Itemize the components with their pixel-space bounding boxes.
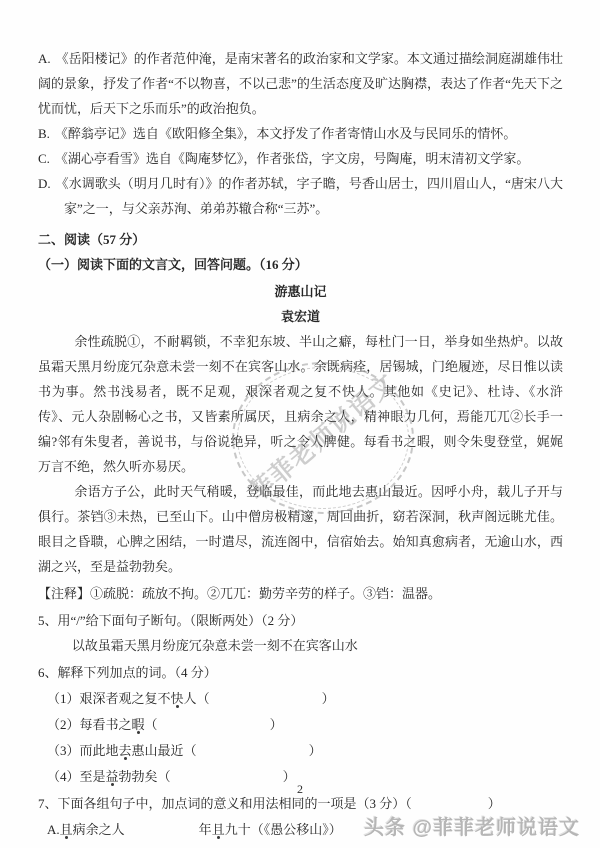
passage-title: 游惠山记 xyxy=(38,279,563,304)
option-c: C.《湖心亭看雪》选自《陶庵梦忆》，作者张岱，字文房，号陶庵，明末清初文学家。 xyxy=(38,146,563,171)
dotted-char: 暇 xyxy=(132,717,145,732)
option-c-text: 《湖心亭看雪》选自《陶庵梦忆》，作者张岱，字文房，号陶庵，明末清初文学家。 xyxy=(55,151,530,166)
passage-paragraph-2: 余语方子公，此时天气稍暖，登临最佳，而此地去惠山最近。因呼小舟，载儿子开与俱行。… xyxy=(38,479,563,579)
option-d-label: D. xyxy=(38,176,51,191)
reading-instruction: （一）阅读下面的文言文，回答问题。（16 分） xyxy=(38,252,563,277)
exam-page: A.《岳阳楼记》的作者范仲淹，是南宋著名的政治家和文学家。本文通过描绘洞庭湖雄伟… xyxy=(0,0,600,848)
page-number: 2 xyxy=(0,777,600,802)
item-number: （1） xyxy=(47,691,80,706)
option-b-label: B. xyxy=(38,126,50,141)
passage-paragraph-1: 余性疏脱①，不耐羁锁，不幸犯东坡、半山之癖，每杜门一日，举身如坐热炉。以故虽霜天… xyxy=(38,329,563,479)
dotted-char: 快 xyxy=(171,691,184,706)
option-b-text: 《醉翁亭记》选自《欧阳修全集》，本文抒发了作者寄情山水及与民同乐的情怀。 xyxy=(55,126,517,141)
option-a-label: A. xyxy=(47,822,60,837)
section-heading: 二、阅读（57 分） xyxy=(38,227,563,252)
answer-blank: （） xyxy=(197,691,335,706)
dotted-char: 且 xyxy=(212,822,225,837)
choice-options-block: A.《岳阳楼记》的作者范仲淹，是南宋著名的政治家和文学家。本文通过描绘洞庭湖雄伟… xyxy=(38,46,563,221)
question-6-item-2: （2）每看书之暇（） xyxy=(38,712,563,737)
option-a-text: 《岳阳楼记》的作者范仲淹，是南宋著名的政治家和文学家。本文通过描绘洞庭湖雄伟壮阔… xyxy=(38,51,563,116)
dotted-char: 且 xyxy=(60,822,73,837)
passage-author: 袁宏道 xyxy=(38,304,563,329)
question-5-label: 5、用“/”给下面句子断句。（限断两处）（2 分） xyxy=(38,608,563,633)
option-a-label: A. xyxy=(38,51,51,66)
answer-blank: （） xyxy=(184,743,322,758)
question-6-label: 6、解释下列加点的词。（4 分） xyxy=(38,660,563,685)
option-a: A.《岳阳楼记》的作者范仲淹，是南宋著名的政治家和文学家。本文通过描绘洞庭湖雄伟… xyxy=(38,46,563,121)
question-6-item-1: （1）艰深者观之复不快人（） xyxy=(38,686,563,711)
option-d-text: 《水调歌头（明月几时有）》的作者苏轼，字子瞻，号香山居士，四川眉山人，“唐宋八大… xyxy=(56,176,563,216)
passage-notes: 【注释】①疏脱：疏放不拘。②兀兀：勤劳辛劳的样子。③铛：温器。 xyxy=(38,581,563,606)
option-d: D.《水调歌头（明月几时有）》的作者苏轼，字子瞻，号香山居士，四川眉山人，“唐宋… xyxy=(38,171,563,221)
item-number: （2） xyxy=(47,717,80,732)
option-c-label: C. xyxy=(38,151,50,166)
answer-blank: （） xyxy=(145,717,283,732)
dotted-char: 去 xyxy=(119,743,132,758)
item-number: （3） xyxy=(47,743,80,758)
footer-watermark: 头条 @菲菲老师说语文 xyxy=(364,816,580,841)
question-5-sentence: 以故虽霜天黑月纷庞冗杂意未尝一刻不在宾客山水 xyxy=(38,633,563,658)
question-6-item-3: （3）而此地去惠山最近（） xyxy=(38,738,563,763)
option-b: B.《醉翁亭记》选自《欧阳修全集》，本文抒发了作者寄情山水及与民同乐的情怀。 xyxy=(38,121,563,146)
